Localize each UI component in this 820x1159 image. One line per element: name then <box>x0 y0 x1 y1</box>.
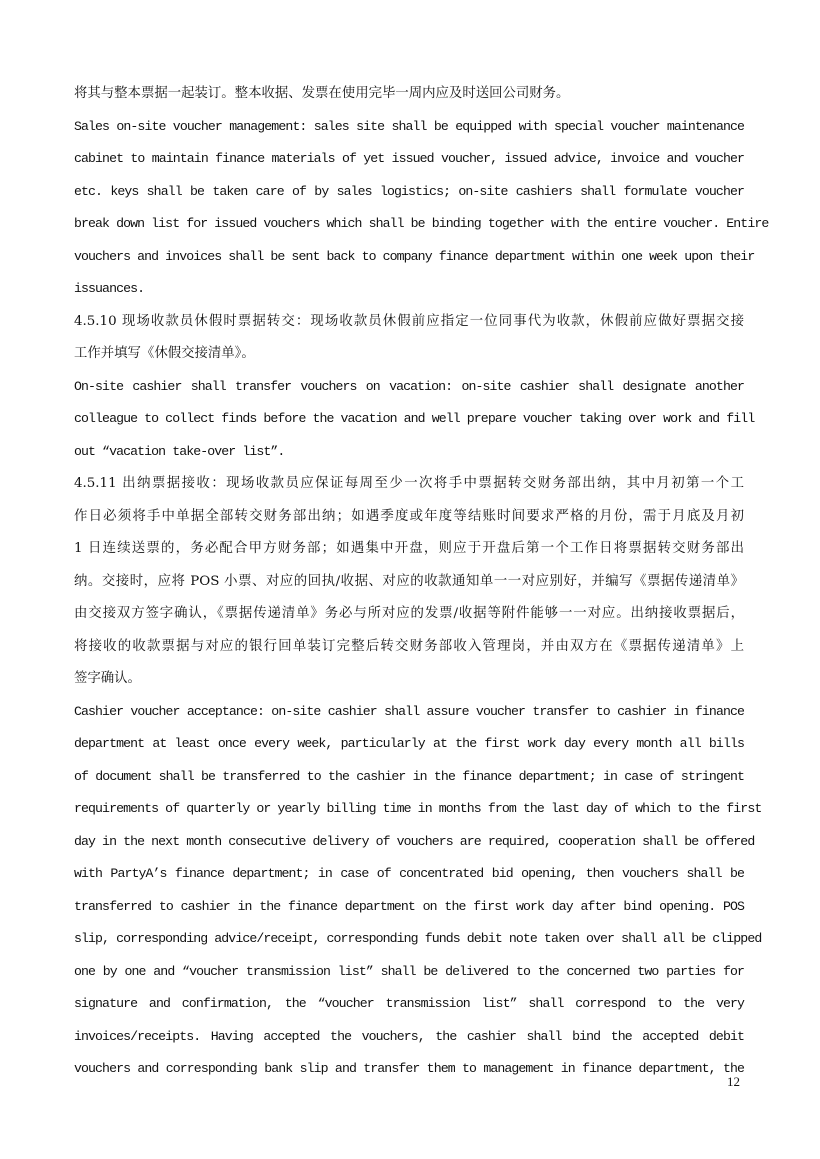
text-line-english: of document shall be transferred to the … <box>74 761 744 794</box>
text-line-english: slip, corresponding advice/receipt, corr… <box>74 923 744 956</box>
text-line-english: day in the next month consecutive delive… <box>74 826 744 859</box>
text-line-chinese: 工作并填写《休假交接清单》。 <box>74 338 744 371</box>
text-line-chinese: 4.5.10 现场收款员休假时票据转交：现场收款员休假前应指定一位同事代为收款，… <box>74 306 744 339</box>
text-line-english: invoices/receipts. Having accepted the v… <box>74 1021 744 1054</box>
text-line-chinese: 作日必须将手中单据全部转交财务部出纳；如遇季度或年度等结账时间要求严格的月份，需… <box>74 501 744 534</box>
text-line-chinese: 由交接双方签字确认，《票据传递清单》务必与所对应的发票/收据等附件能够一一对应。… <box>74 598 744 631</box>
text-line-english: signature and confirmation, the “voucher… <box>74 988 744 1021</box>
text-line-english: out “vacation take-over list”. <box>74 436 744 469</box>
text-line-english: with PartyA’s finance department; in cas… <box>74 858 744 891</box>
text-line-english: Sales on-site voucher management: sales … <box>74 111 744 144</box>
text-line-english: one by one and “voucher transmission lis… <box>74 956 744 989</box>
text-line-english: issuances. <box>74 273 744 306</box>
text-line-english: etc. keys shall be taken care of by sale… <box>74 176 744 209</box>
text-line-english: cabinet to maintain finance materials of… <box>74 143 744 176</box>
text-line-english: transferred to cashier in the finance de… <box>74 891 744 924</box>
text-line-english: On-site cashier shall transfer vouchers … <box>74 371 744 404</box>
text-line-english: colleague to collect finds before the va… <box>74 403 744 436</box>
text-line-chinese: 将其与整本票据一起装订。整本收据、发票在使用完毕一周内应及时送回公司财务。 <box>74 78 744 111</box>
text-line-chinese: 纳。交接时，应将 POS 小票、对应的回执/收据、对应的收款通知单一一对应别好，… <box>74 566 744 599</box>
text-line-chinese: 签字确认。 <box>74 663 744 696</box>
text-line-english: department at least once every week, par… <box>74 728 744 761</box>
text-line-english: vouchers and corresponding bank slip and… <box>74 1053 744 1086</box>
page-number: 12 <box>727 1074 740 1090</box>
text-line-english: requirements of quarterly or yearly bill… <box>74 793 744 826</box>
text-line-chinese: 4.5.11 出纳票据接收：现场收款员应保证每周至少一次将手中票据转交财务部出纳… <box>74 468 744 501</box>
text-line-english: break down list for issued vouchers whic… <box>74 208 744 241</box>
document-page: 将其与整本票据一起装订。整本收据、发票在使用完毕一周内应及时送回公司财务。Sal… <box>74 78 744 1086</box>
text-line-english: vouchers and invoices shall be sent back… <box>74 241 744 274</box>
text-line-english: Cashier voucher acceptance: on-site cash… <box>74 696 744 729</box>
text-line-chinese: 将接收的收款票据与对应的银行回单装订完整后转交财务部收入管理岗，并由双方在《票据… <box>74 631 744 664</box>
text-line-chinese: 1 日连续送票的，务必配合甲方财务部；如遇集中开盘，则应于开盘后第一个工作日将票… <box>74 533 744 566</box>
